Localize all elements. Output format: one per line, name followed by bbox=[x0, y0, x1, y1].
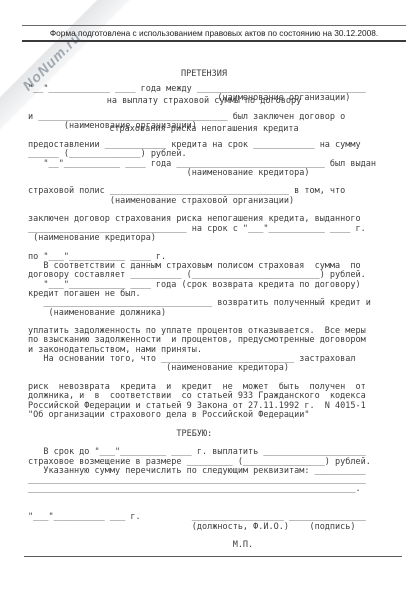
document-body: "__"____________ ____ года между _______… bbox=[28, 85, 376, 551]
document-line bbox=[28, 495, 376, 504]
document-page: NoNum.ru Форма подготовлена с использова… bbox=[0, 0, 420, 600]
document-line: (наименование организации) bbox=[28, 122, 376, 131]
document-line: (наименование кредитора) bbox=[28, 364, 376, 373]
header-note: Форма подготовлена с использованием прав… bbox=[22, 25, 406, 42]
document-line: (наименование организации) bbox=[28, 94, 376, 103]
document-line: ________________________________________… bbox=[28, 485, 376, 494]
document-line: (наименование кредитора) bbox=[28, 169, 376, 178]
document-line: М.П. bbox=[28, 541, 376, 550]
bottom-divider bbox=[24, 556, 402, 557]
title-line-1: ПРЕТЕНЗИЯ bbox=[28, 70, 380, 79]
document-line: (должность, Ф.И.О.) (подпись) bbox=[28, 523, 376, 532]
document-line: ТРЕБУЮ: bbox=[28, 430, 376, 439]
document-line: (наименование должника) bbox=[28, 309, 376, 318]
document-line: "Об организации страхового дела в Россий… bbox=[28, 411, 376, 420]
document-line: (наименование страховой организации) bbox=[28, 197, 376, 206]
document-line: (наименование кредитора) bbox=[28, 234, 376, 243]
